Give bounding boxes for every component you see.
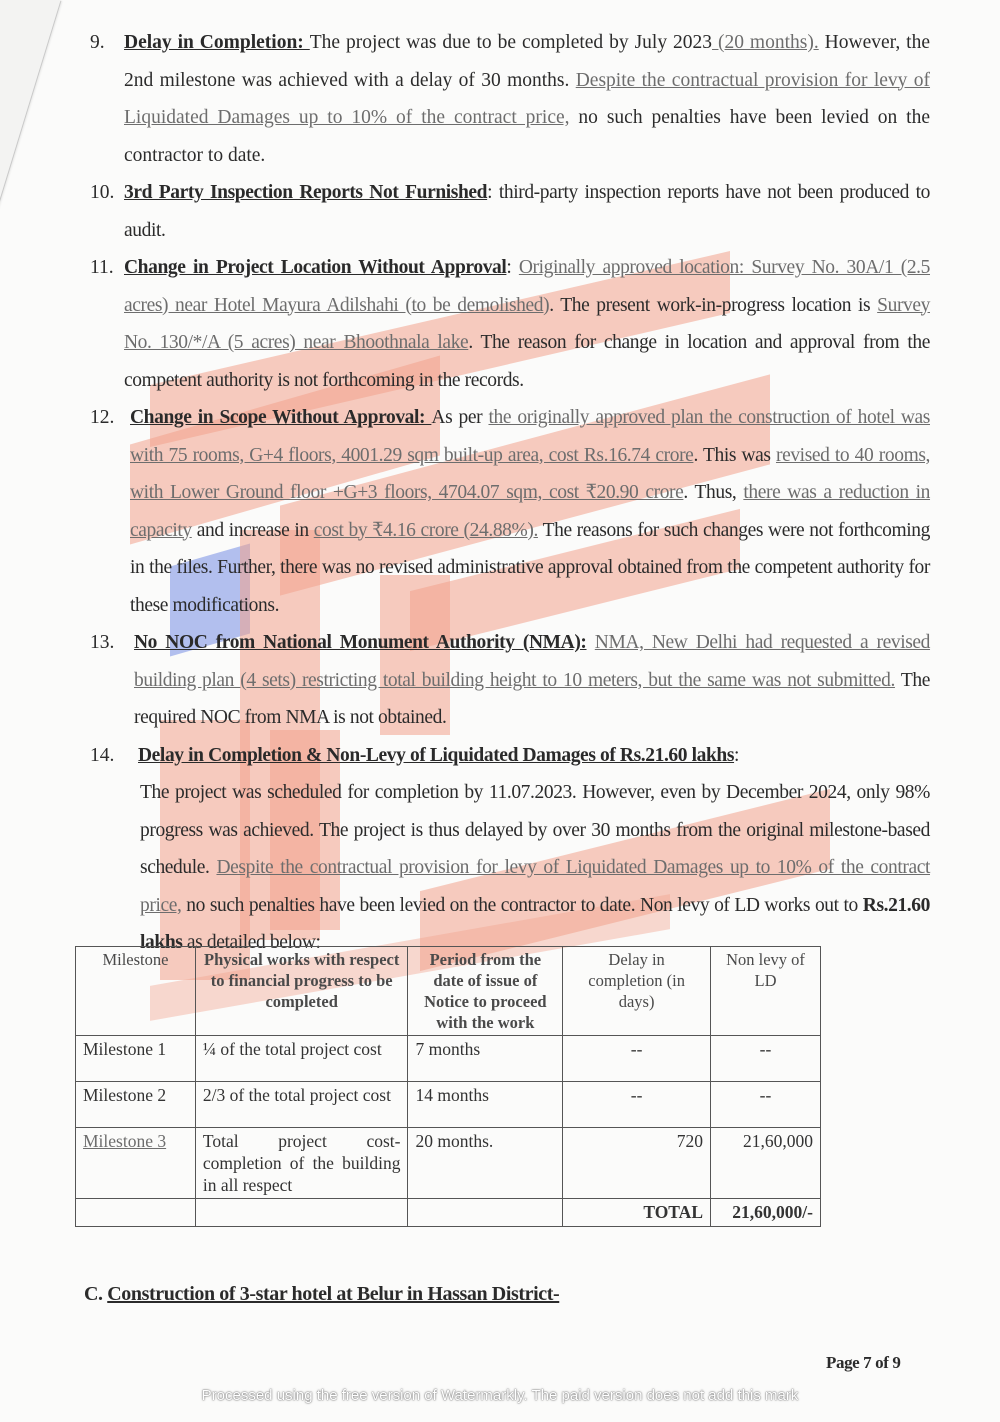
item-number: 12. — [90, 399, 114, 437]
table-total-row: TOTAL 21,60,000/- — [76, 1199, 821, 1227]
table-cell: Milestone 1 — [76, 1036, 196, 1082]
item-number: 13. — [90, 624, 114, 662]
column-header: Physical works with respect to financial… — [195, 947, 408, 1036]
table-cell: 20 months. — [408, 1128, 563, 1199]
observation-12: 12. Change in Scope Without Approval: As… — [90, 399, 930, 624]
observation-text — [587, 632, 595, 653]
observation-heading: 3rd Party Inspection Reports Not Furnish… — [124, 182, 487, 203]
table-cell: 21,60,000 — [711, 1128, 821, 1199]
observation-11: 11. Change in Project Location Without A… — [90, 249, 930, 399]
document-page: date ths 9. Delay in Completion: The pro… — [0, 0, 1000, 1422]
table-cell: -- — [711, 1036, 821, 1082]
column-header: Delay in completion (in days) — [563, 947, 711, 1036]
observation-text: . The present work-in-progress location … — [549, 295, 877, 316]
table-cell: 720 — [563, 1128, 711, 1199]
column-header: Period from the date of issue of Notice … — [408, 947, 563, 1036]
table-row: Milestone 3 Total project cost-completio… — [76, 1128, 821, 1199]
section-letter: C. — [84, 1283, 107, 1305]
item-number: 14. — [90, 737, 114, 775]
observation-text: The project was due to be completed by J… — [310, 32, 712, 53]
table-row: Milestone 2 2/3 of the total project cos… — [76, 1082, 821, 1128]
section-title: Construction of 3-star hotel at Belur in… — [107, 1283, 559, 1305]
table-cell: 2/3 of the total project cost — [195, 1082, 408, 1128]
table-cell — [195, 1199, 408, 1227]
item-number: 11. — [90, 249, 114, 287]
table-cell: Total project cost-completion of the bui… — [195, 1128, 408, 1199]
underlined-text: cost by ₹4.16 crore (24.88%). — [314, 520, 538, 541]
adjacent-page-fragment: date ths — [0, 0, 61, 537]
observation-text: no such penalties have been levied on th… — [181, 895, 862, 916]
observation-heading: Delay in Completion & Non-Levy of Liquid… — [138, 745, 734, 766]
table-cell: -- — [711, 1082, 821, 1128]
observation-14: 14. Delay in Completion & Non-Levy of Li… — [90, 737, 930, 962]
observation-10: 10. 3rd Party Inspection Reports Not Fur… — [90, 174, 930, 249]
table-header-row: Milestone Physical works with respect to… — [76, 947, 821, 1036]
observation-text: As per — [431, 407, 488, 428]
observation-heading: Change in Scope Without Approval: — [130, 407, 431, 428]
table-cell: -- — [563, 1036, 711, 1082]
observation-text: . Thus, — [683, 482, 743, 503]
observation-paragraph: The project was scheduled for completion… — [138, 774, 930, 962]
table-cell — [76, 1199, 196, 1227]
table-cell: ¼ of the total project cost — [195, 1036, 408, 1082]
table-cell: Milestone 3 — [76, 1128, 196, 1199]
table-cell — [408, 1199, 563, 1227]
observation-heading: No NOC from National Monument Authority … — [134, 632, 587, 653]
observation-13: 13. No NOC from National Monument Author… — [90, 624, 930, 737]
page-number: Page 7 of 9 — [826, 1353, 900, 1373]
table-cell: 14 months — [408, 1082, 563, 1128]
column-header: Milestone — [76, 947, 196, 1036]
column-header: Non levy of LD — [711, 947, 821, 1036]
ld-milestone-table: Milestone Physical works with respect to… — [75, 946, 821, 1227]
tool-watermark-text: Processed using the free version of Wate… — [0, 1387, 1000, 1404]
audit-observations-list: 9. Delay in Completion: The project was … — [90, 24, 930, 962]
observation-text: : — [506, 257, 518, 278]
total-value: 21,60,000/- — [711, 1199, 821, 1227]
observation-heading: Delay in Completion: — [124, 32, 310, 53]
table-cell: 7 months — [408, 1036, 563, 1082]
item-number: 9. — [90, 24, 105, 62]
section-heading: C. Construction of 3-star hotel at Belur… — [84, 1283, 559, 1306]
observation-text: . This was — [693, 445, 776, 466]
observation-text: and increase in — [192, 520, 314, 541]
observation-9: 9. Delay in Completion: The project was … — [90, 24, 930, 174]
fragment-text: date — [0, 0, 1, 16]
total-label: TOTAL — [563, 1199, 711, 1227]
table-cell: -- — [563, 1082, 711, 1128]
underlined-text: (20 months). — [712, 32, 819, 53]
table-row: Milestone 1 ¼ of the total project cost … — [76, 1036, 821, 1082]
item-number: 10. — [90, 174, 114, 212]
observation-text: : — [734, 745, 739, 766]
table-cell: Milestone 2 — [76, 1082, 196, 1128]
observation-heading: Change in Project Location Without Appro… — [124, 257, 506, 278]
